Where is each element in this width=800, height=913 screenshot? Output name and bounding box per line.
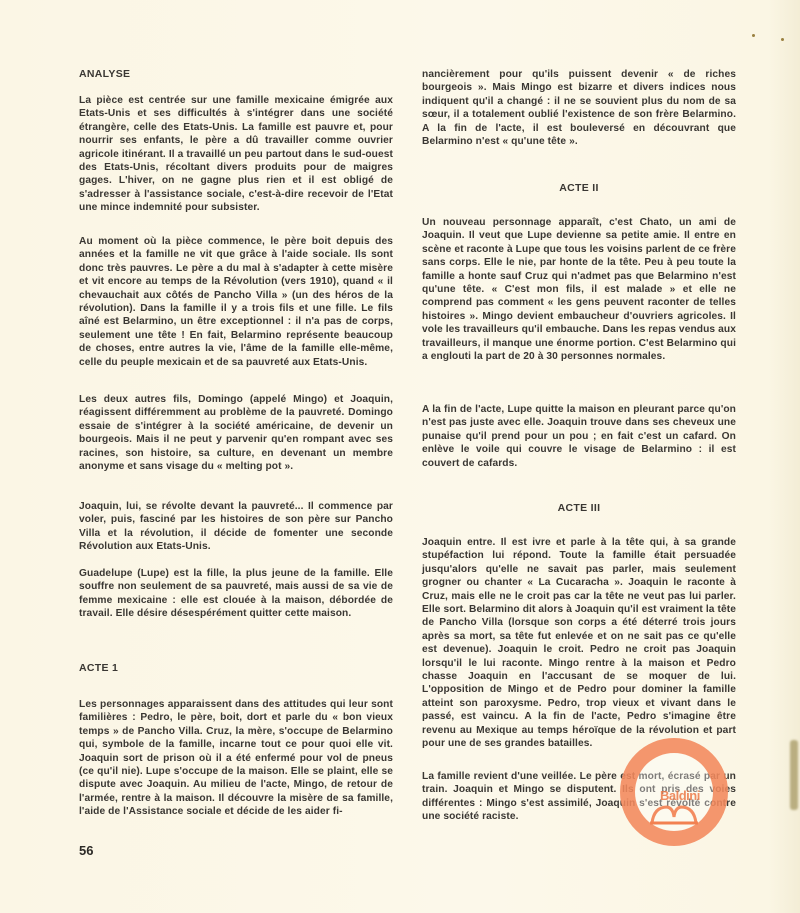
- section-heading-acte-2: ACTE II: [422, 182, 736, 195]
- paragraph: Les personnages apparaissent dans des at…: [79, 698, 393, 819]
- section-heading-analyse: ANALYSE: [79, 68, 130, 81]
- paragraph: nancièrement pour qu'ils puissent deveni…: [422, 68, 736, 148]
- paragraph: Joaquin, lui, se révolte devant la pauvr…: [79, 500, 393, 554]
- paragraph: Joaquin entre. Il est ivre et parle à la…: [422, 536, 736, 751]
- section-heading-acte-3: ACTE III: [422, 502, 736, 515]
- watermark-text: Baldini: [660, 788, 700, 803]
- paragraph: Guadelupe (Lupe) est la fille, la plus j…: [79, 567, 393, 621]
- scanned-page: ANALYSE La pièce est centrée sur une fam…: [0, 0, 800, 913]
- paper-speck: [752, 34, 755, 37]
- page-number: 56: [79, 843, 93, 858]
- paragraph: A la fin de l'acte, Lupe quitte la maiso…: [422, 403, 736, 470]
- watermark-logo: Baldini: [620, 738, 728, 846]
- section-heading-acte-1: ACTE 1: [79, 662, 118, 675]
- paragraph: La pièce est centrée sur une famille mex…: [79, 94, 393, 215]
- paper-speck: [781, 38, 784, 41]
- paper-stain: [790, 740, 798, 810]
- paragraph: Un nouveau personnage apparaît, c'est Ch…: [422, 216, 736, 363]
- paragraph: Au moment où la pièce commence, le père …: [79, 235, 393, 369]
- paragraph: Les deux autres fils, Domingo (appelé Mi…: [79, 393, 393, 473]
- open-book-icon: [649, 803, 699, 825]
